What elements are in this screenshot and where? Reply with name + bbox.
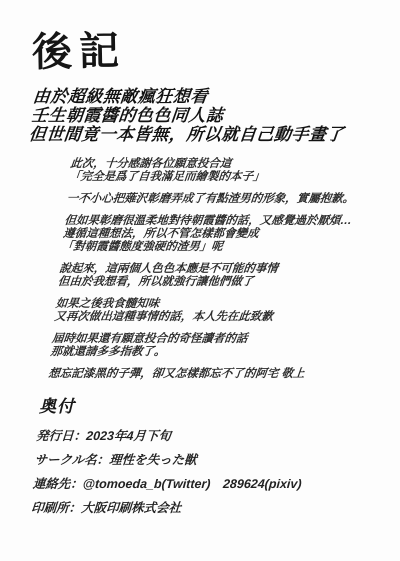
colophon-contact: 連絡先：@tomoeda_b(Twitter) 289624(pixiv): [32, 472, 302, 496]
colophon-circle-name: サークル名：理性を失った獣: [34, 448, 304, 472]
paragraph: 屆時如果還有願意投合的奇怪讀者的話 那就還請多多指教了。: [50, 333, 340, 359]
colophon-heading: 奥付: [39, 392, 75, 417]
body-line: 此次，十分感謝各位願意投合這: [70, 158, 359, 171]
body-line: 遵循這種想法，所以不管怎樣都會變成: [62, 228, 351, 241]
paragraph: 說起來，這兩個人色色本應是不可能的事情 但由於我想看，所以就強行讓他們做了: [57, 263, 347, 289]
body-line: 如果之後我食髓知味: [55, 298, 344, 311]
colophon: 発行日：2023年4月下旬 サークル名：理性を失った獣 連絡先：@tomoeda…: [30, 424, 305, 520]
body-line: 「對朝霞醬態度強硬的渣男」呢: [61, 241, 350, 254]
heading-line: 壬生朝霞醬的色色同人誌: [30, 106, 347, 125]
colophon-printer: 印刷所：大阪印刷株式会社: [30, 496, 300, 520]
body-line: 「完全是爲了自我滿足而繪製的本子」: [68, 171, 357, 184]
paragraph: 但如果彰磨很溫柔地對待朝霞醬的話，又感覺過於厭煩… 遵循這種想法，所以不管怎樣都…: [61, 215, 353, 254]
colophon-publish-date: 発行日：2023年4月下旬: [35, 424, 305, 448]
body-line: 那就還請多多指教了。: [50, 346, 339, 359]
body-line: 又再次做出這種事情的話，本人先在此致歉: [54, 311, 343, 324]
afterword-body: 此次，十分感謝各位願意投合這 「完全是爲了自我滿足而繪製的本子」 一不小心把薙沢…: [47, 158, 359, 390]
paragraph: 一不小心把薙沢彰磨弄成了有點渣男的形象，實屬抱歉。: [66, 193, 355, 206]
body-line: 說起來，這兩個人色色本應是不可能的事情: [59, 263, 348, 276]
afterword-heading: 由於超級無敵瘋狂想看 壬生朝霞醬的色色同人誌 但世間竟一本皆無，所以就自己動手畫…: [28, 87, 349, 144]
body-line: 但如果彰磨很溫柔地對待朝霞醬的話，又感覺過於厭煩…: [64, 215, 353, 228]
afterword-page: 後記 由於超級無敵瘋狂想看 壬生朝霞醬的色色同人誌 但世間竟一本皆無，所以就自己…: [0, 0, 400, 561]
heading-line: 由於超級無敵瘋狂想看: [32, 87, 349, 106]
paragraph: 此次，十分感謝各位願意投合這 「完全是爲了自我滿足而繪製的本子」: [68, 158, 358, 184]
body-line: 但由於我想看，所以就強行讓他們做了: [57, 276, 346, 289]
page-title: 後記: [32, 19, 127, 78]
heading-line: 但世間竟一本皆無，所以就自己動手畫了: [28, 125, 345, 144]
signature-line: 想忘記漆黑的子彈，卻又怎樣都忘不了的阿宅 敬上: [48, 368, 337, 381]
paragraph: 想忘記漆黑的子彈，卻又怎樣都忘不了的阿宅 敬上: [48, 368, 337, 381]
body-line: 屆時如果還有願意投合的奇怪讀者的話: [51, 333, 340, 346]
body-line: 一不小心把薙沢彰磨弄成了有點渣男的形象，實屬抱歉。: [66, 193, 355, 206]
paragraph: 如果之後我食髓知味 又再次做出這種事情的話，本人先在此致歉: [54, 298, 344, 324]
